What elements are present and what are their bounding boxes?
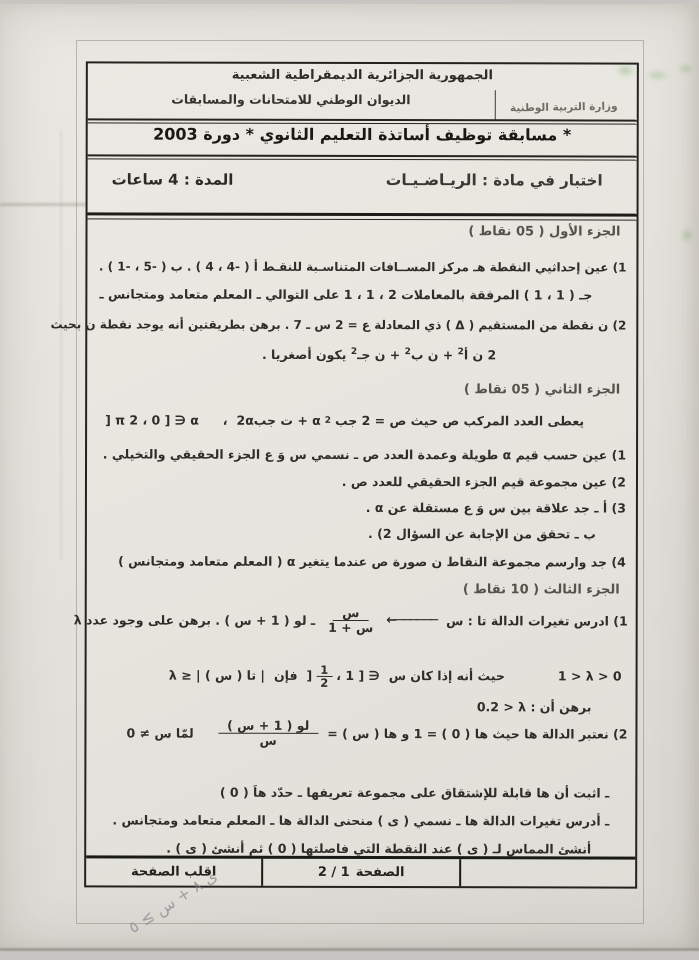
republic-line: الجمهورية الجزائرية الديمقراطية الشعبية [88, 67, 637, 83]
part2-q3a: 3) أ ـ جد علاقة بين س وَ ع مستقلة عن α . [366, 499, 626, 518]
green-bleed-spot-top [610, 56, 696, 88]
part2-q3b: ب ـ تحقق من الإجابة عن السؤال 2) . [368, 525, 596, 544]
part1-q2-term3: + ن جـ [357, 347, 405, 362]
fraction-log-over-s: لو ( 1 + س )س [218, 719, 318, 749]
then-text: فإن [274, 667, 298, 686]
fraction-denominator: 2 [316, 677, 332, 689]
lambda-bound: 1 > λ > 0 [558, 668, 622, 687]
subject-label: اختبار في مادة : [482, 171, 603, 189]
exam-title: مسابقة توظيف أساتذة التعليم الثانوي * دو… [88, 124, 637, 144]
ministry-label: وزارة التربية الوطنية [495, 100, 633, 115]
header-rule-3 [88, 212, 637, 220]
scan-crease-horizontal [0, 203, 86, 206]
scan-crease-vertical [60, 130, 62, 560]
maps-to-arrow: ←────── [386, 611, 437, 631]
part3-heading: الجزء الثالث ( 10 نقاط ) [463, 582, 620, 597]
part2-q4: 4) جد وارسم مجموعة النقاط ن صورة ص عندما… [118, 552, 626, 572]
footer-row: الصفحة 2 / 1 اقلب الصفحة [86, 855, 635, 886]
page-number-label: الصفحة [356, 865, 405, 880]
part2-q1: 1) عين حسب قيم α طويلة وعمدة العدد ص ـ ن… [103, 445, 626, 465]
fraction-s-over-s-plus-1: سس + 1 [324, 606, 377, 636]
part3-bullet1: ـ اثبت أن ها قابلة للإشتقاق على مجموعة ت… [220, 784, 610, 804]
header-rule-2 [88, 154, 637, 160]
part3-q2-line: 2) نعتبر الدالة ها حيث ها ( 0 ) = 1 و ها… [126, 719, 627, 750]
comma-separator: ، [223, 412, 228, 431]
absolute-value-bound: λ ≥ | تا ( س ) | [169, 667, 265, 686]
page-number-value: 2 / 1 [318, 865, 350, 880]
part3-q1-tail: ـ لو ( 1 + س ) . برهن على وجود عدد λ [74, 611, 315, 630]
scanned-exam-page: { "header": { "republic": "الجمهورية الج… [0, 0, 699, 960]
paper-bottom-edge [0, 948, 699, 951]
fraction-numerator: س [333, 606, 368, 621]
part2-heading: الجزء الثاني ( 05 نقاط ) [464, 382, 620, 397]
part2-eq-a: يعطى العدد المركب ص حيث ص = 2 جب [335, 412, 584, 431]
part3-prove-line: برهن أن : 0.2 > λ [477, 698, 592, 717]
part1-heading: الجزء الأول ( 05 نقاط ) [468, 224, 620, 239]
interval-open-bracket: ] [307, 667, 313, 686]
office-line: الديوان الوطني للامتحانات والمسابقات [88, 91, 494, 107]
part3-q2-tail: لمّا س ≠ 0 [126, 724, 193, 743]
subject-value: الريـاضـيـات [386, 171, 477, 189]
part3-q1-intro: 1) ادرس تغيرات الدالة تا : س [446, 612, 628, 631]
footer-empty-cell [459, 859, 635, 886]
turn-page-cell: اقلب الصفحة [86, 858, 261, 885]
complex-number-equation: يعطى العدد المركب ص حيث ص = 2 جب2α + ت ج… [236, 412, 584, 431]
green-bleed-spot-right [676, 222, 698, 248]
part2-q2: 2) عين مجموعة قيم الجزء الحقيقي للعدد ص … [342, 473, 626, 492]
part1-q2-line1: 2) ن نقطة من المستقيم ( Δ ) ذي المعادلة … [50, 315, 626, 334]
exam-border-box: الجمهورية الجزائرية الديمقراطية الشعبية … [84, 61, 639, 888]
condition-text: حيث أنه إذا كان س [389, 667, 505, 686]
half-one-interval: ] 12 ، 1 ] ∋ [307, 664, 380, 689]
part1-q2-equation: 2 ن أ2 + ن ب2 + ن جـ2 يكون أصغريا . [262, 346, 496, 365]
header-cell-divider [495, 90, 496, 120]
part3-bullet2: ـ أدرس تغيرات الدالة ها ـ نسمي ( ى ) منح… [112, 811, 609, 831]
part2-equation-line: يعطى العدد المركب ص حيث ص = 2 جب2α + ت ج… [105, 411, 584, 431]
part1-q2-term1: 2 ن أ [464, 347, 496, 362]
part3-q1-line: 1) ادرس تغيرات الدالة تا : س ←────── سس … [91, 605, 628, 636]
part1-q1-line2: جـ ( 1 ، 1 ) المرفقة بالمعاملات 2 ، 1 ، … [99, 285, 592, 305]
subject-line: اختبار في مادة : الريـاضـيـات [386, 171, 603, 189]
fraction-one-half: 12 [316, 664, 332, 689]
interval-rest: ، 1 ] ∋ [336, 667, 379, 686]
part1-q2-term2: + ن ب [411, 347, 458, 362]
fraction-denominator: س [256, 734, 281, 748]
alpha-domain-interval: ] π 2 ، 0 ] ∋ α [105, 411, 199, 430]
prove-label: برهن أن : [530, 699, 591, 714]
part3-lambda-condition: 1 > λ > 0 حيث أنه إذا كان س ] 12 ، 1 ] ∋… [145, 664, 622, 690]
fraction-denominator: س + 1 [324, 621, 377, 635]
fraction-numerator: لو ( 1 + س ) [218, 719, 318, 735]
duration-label: المدة : 4 ساعات [112, 170, 234, 188]
part1-q2-term4: يكون أصغريا . [262, 347, 351, 362]
prove-value: 0.2 > λ [477, 699, 526, 714]
part2-eq-b: α + ت جب2α [236, 412, 320, 431]
part3-q2-intro: 2) نعتبر الدالة ها حيث ها ( 0 ) = 1 و ها… [327, 724, 627, 743]
superscript-2: 2 [325, 415, 331, 429]
part1-q1-line1: 1) عين إحداثيي النقطة هـ مركز المســافات… [99, 257, 627, 276]
page-number-cell: الصفحة 2 / 1 [261, 859, 459, 886]
